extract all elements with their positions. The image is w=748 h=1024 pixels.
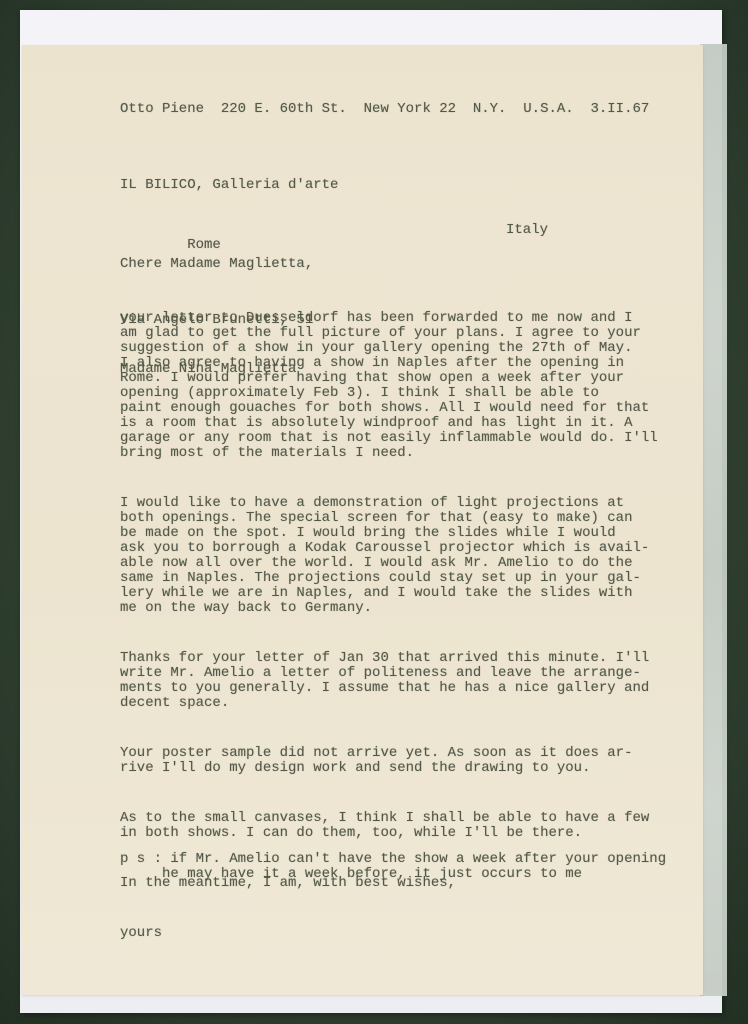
- postscript: p s : if Mr. Amelio can't have the show …: [120, 852, 666, 882]
- paragraph-thanks: Thanks for your letter of Jan 30 that ar…: [120, 651, 680, 711]
- paragraph-plans: your letter to Duesseldorf has been forw…: [120, 311, 680, 461]
- paragraph-poster: Your poster sample did not arrive yet. A…: [120, 746, 680, 776]
- scanned-letter-photo: Otto Piene 220 E. 60th St. New York 22 N…: [0, 0, 748, 1024]
- glassine-edge: [700, 44, 727, 996]
- letter-page: Otto Piene 220 E. 60th St. New York 22 N…: [22, 45, 703, 995]
- paragraph-canvases: As to the small canvases, I think I shal…: [120, 811, 680, 841]
- recipient-city: Rome: [187, 237, 221, 253]
- salutation: Chere Madame Maglietta,: [120, 257, 313, 272]
- recipient-country: Italy: [506, 223, 548, 238]
- sender-header-line: Otto Piene 220 E. 60th St. New York 22 N…: [120, 102, 649, 117]
- recipient-gallery: IL BILICO, Galleria d'arte: [120, 178, 338, 193]
- paragraph-projections: I would like to have a demonstration of …: [120, 496, 680, 616]
- recipient-city-line: Rome Italy: [120, 223, 338, 283]
- signature-line: yours: [120, 926, 680, 941]
